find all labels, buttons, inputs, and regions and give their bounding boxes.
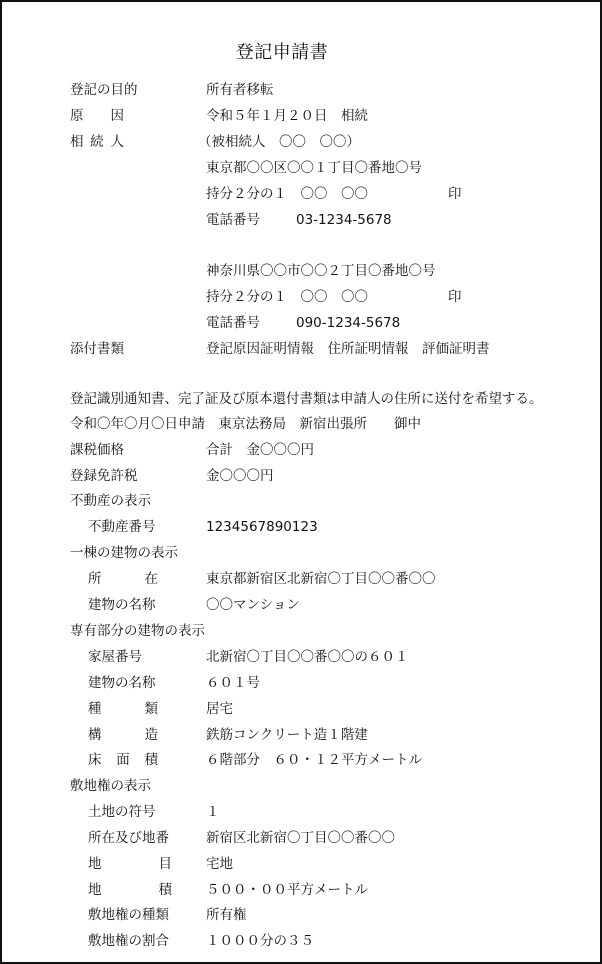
label-license-tax: 登録免許税: [70, 466, 138, 486]
label-land-category: 地 目: [88, 854, 172, 874]
heir2-address: 神奈川県〇〇市〇〇２丁目〇番地〇号: [206, 261, 436, 281]
label-attachments: 添付書類: [70, 339, 124, 359]
unit-heading: 専有部分の建物の表示: [70, 621, 205, 641]
label-char: 在: [145, 569, 159, 589]
value-building-name: 〇〇マンション: [206, 595, 300, 615]
value-land-area: ５００・００平方メートル: [206, 880, 368, 900]
application-date-office: 令和〇年〇月〇日申請 東京法務局 新宿出張所 御中: [70, 414, 421, 434]
value-structure: 鉄筋コンクリート造１階建: [206, 725, 368, 745]
label-kind: 種 類: [88, 699, 158, 719]
value-tax-value: 合計 金〇〇〇円: [206, 440, 314, 460]
label-char: 因: [111, 106, 125, 126]
heir1-phone: 03-1234-5678: [296, 210, 392, 230]
label-property-number: 不動産番号: [88, 517, 156, 537]
value-decedent: （被相続人 〇〇 〇〇）: [198, 132, 360, 152]
label-unit-name: 建物の名称: [88, 673, 156, 693]
value-land-category: 宅地: [206, 854, 233, 874]
value-building-location: 東京都新宿区北新宿〇丁目〇〇番〇〇: [206, 569, 436, 589]
label-char: 種: [88, 699, 102, 719]
label-building-location: 所 在: [88, 569, 158, 589]
value-site-right-type: 所有権: [206, 905, 247, 925]
heir2-phone-label: 電話番号: [206, 313, 260, 333]
label-land-location: 所在及び地番: [88, 828, 169, 848]
value-attachments: 登記原因証明情報 住所証明情報 評価証明書: [206, 339, 490, 359]
label-land-code: 土地の符号: [88, 802, 156, 822]
value-house-number: 北新宿〇丁目〇〇番〇〇の６０１: [206, 647, 409, 667]
label-site-right-ratio: 敷地権の割合: [88, 931, 169, 951]
label-char: 地: [88, 854, 102, 874]
site-heading: 敷地権の表示: [70, 776, 151, 796]
label-house-number: 家屋番号: [88, 647, 142, 667]
value-site-right-ratio: １０００分の３５: [206, 931, 314, 951]
property-heading: 不動産の表示: [70, 491, 151, 511]
registration-application-document: 登記申請書 登記の目的 所有者移転 原 因 令和５年１月２０日 相続 相 続 人…: [0, 0, 602, 964]
document-title: 登記申請書: [2, 38, 562, 64]
heir2-seal-mark: 印: [448, 287, 462, 307]
label-land-area: 地 積: [88, 880, 172, 900]
label-char: 続: [90, 132, 104, 152]
heir2-share: 持分２分の１ 〇〇 〇〇: [206, 287, 368, 307]
label-char: 地: [88, 880, 102, 900]
value-license-tax: 金〇〇〇円: [206, 466, 274, 486]
heir1-phone-label: 電話番号: [206, 210, 260, 230]
label-char: 床: [88, 750, 102, 770]
value-purpose: 所有者移転: [206, 80, 274, 100]
label-char: 積: [159, 880, 173, 900]
label-structure: 構 造: [88, 725, 158, 745]
label-building-name: 建物の名称: [88, 595, 156, 615]
heir1-seal-mark: 印: [448, 184, 462, 204]
value-kind: 居宅: [206, 699, 233, 719]
label-char: 造: [145, 725, 159, 745]
label-char: 積: [145, 750, 159, 770]
label-floor-area: 床 面 積: [88, 750, 158, 770]
label-char: 類: [145, 699, 159, 719]
value-floor-area: ６階部分 ６０・１２平方メートル: [206, 750, 422, 770]
label-char: 人: [111, 132, 125, 152]
label-purpose: 登記の目的: [70, 80, 138, 100]
value-land-code: １: [206, 802, 220, 822]
label-char: 相: [70, 132, 84, 152]
label-char: 構: [88, 725, 102, 745]
building-heading: 一棟の建物の表示: [70, 543, 178, 563]
value-property-number: 1234567890123: [206, 517, 318, 537]
value-cause: 令和５年１月２０日 相続: [206, 106, 368, 126]
label-tax-value: 課税価格: [70, 440, 124, 460]
label-heir: 相 続 人: [70, 132, 124, 152]
value-land-location: 新宿区北新宿〇丁目〇〇番〇〇: [206, 828, 395, 848]
delivery-notice: 登記識別通知書、完了証及び原本還付書類は申請人の住所に送付を希望する。: [70, 389, 543, 409]
heir2-phone: 090-1234-5678: [296, 313, 400, 333]
label-char: 原: [70, 106, 84, 126]
heir1-address: 東京都〇〇区〇〇１丁目〇番地〇号: [206, 158, 422, 178]
label-char: 目: [159, 854, 173, 874]
label-site-right-type: 敷地権の種類: [88, 905, 169, 925]
label-cause: 原 因: [70, 106, 124, 126]
value-unit-name: ６０１号: [206, 673, 260, 693]
label-char: 面: [116, 750, 130, 770]
label-char: 所: [88, 569, 102, 589]
heir1-share: 持分２分の１ 〇〇 〇〇: [206, 184, 368, 204]
